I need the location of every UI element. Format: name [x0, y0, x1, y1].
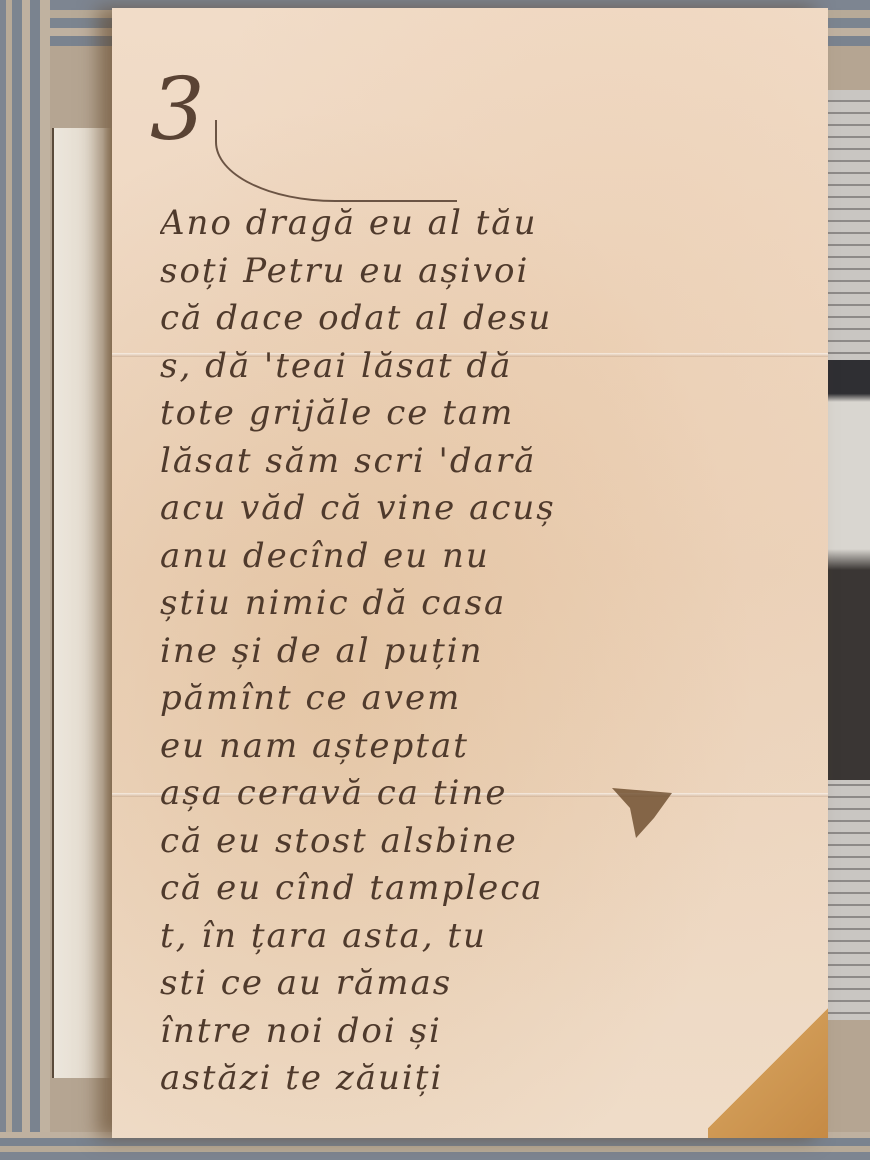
- letter-line: că eu cînd tampleca: [160, 865, 830, 913]
- letter-line: s, dă 'teai lăsat dă: [160, 343, 830, 391]
- letter-line: Ano dragă eu al tău: [160, 200, 830, 248]
- letter-line: sti ce au rămas: [160, 960, 830, 1008]
- letter-line: soți Petru eu așivoi: [160, 248, 830, 296]
- letter-line: pămînt ce avem: [160, 675, 830, 723]
- letter-line: așa ceravă ca tine: [160, 770, 830, 818]
- letter-line: anu decînd eu nu: [160, 533, 830, 581]
- letter-line: ine și de al puțin: [160, 628, 830, 676]
- letter-line: acu văd că vine acuș: [160, 485, 830, 533]
- letter-text: Ano dragă eu al tău soți Petru eu așivoi…: [160, 200, 830, 1103]
- letter-line: tote grijăle ce tam: [160, 390, 830, 438]
- letter-line: astăzi te zăuiți: [160, 1055, 830, 1103]
- page-number: 3: [150, 60, 205, 160]
- letter-line: că eu stost alsbine: [160, 818, 830, 866]
- letter-line: între noi doi și: [160, 1008, 830, 1056]
- letter-line: lăsat săm scri 'dară: [160, 438, 830, 486]
- letter-line: că dace odat al desu: [160, 295, 830, 343]
- letter-line: eu nam așteptat: [160, 723, 830, 771]
- letter-line: știu nimic dă casa: [160, 580, 830, 628]
- letter-line: t, în țara asta, tu: [160, 913, 830, 961]
